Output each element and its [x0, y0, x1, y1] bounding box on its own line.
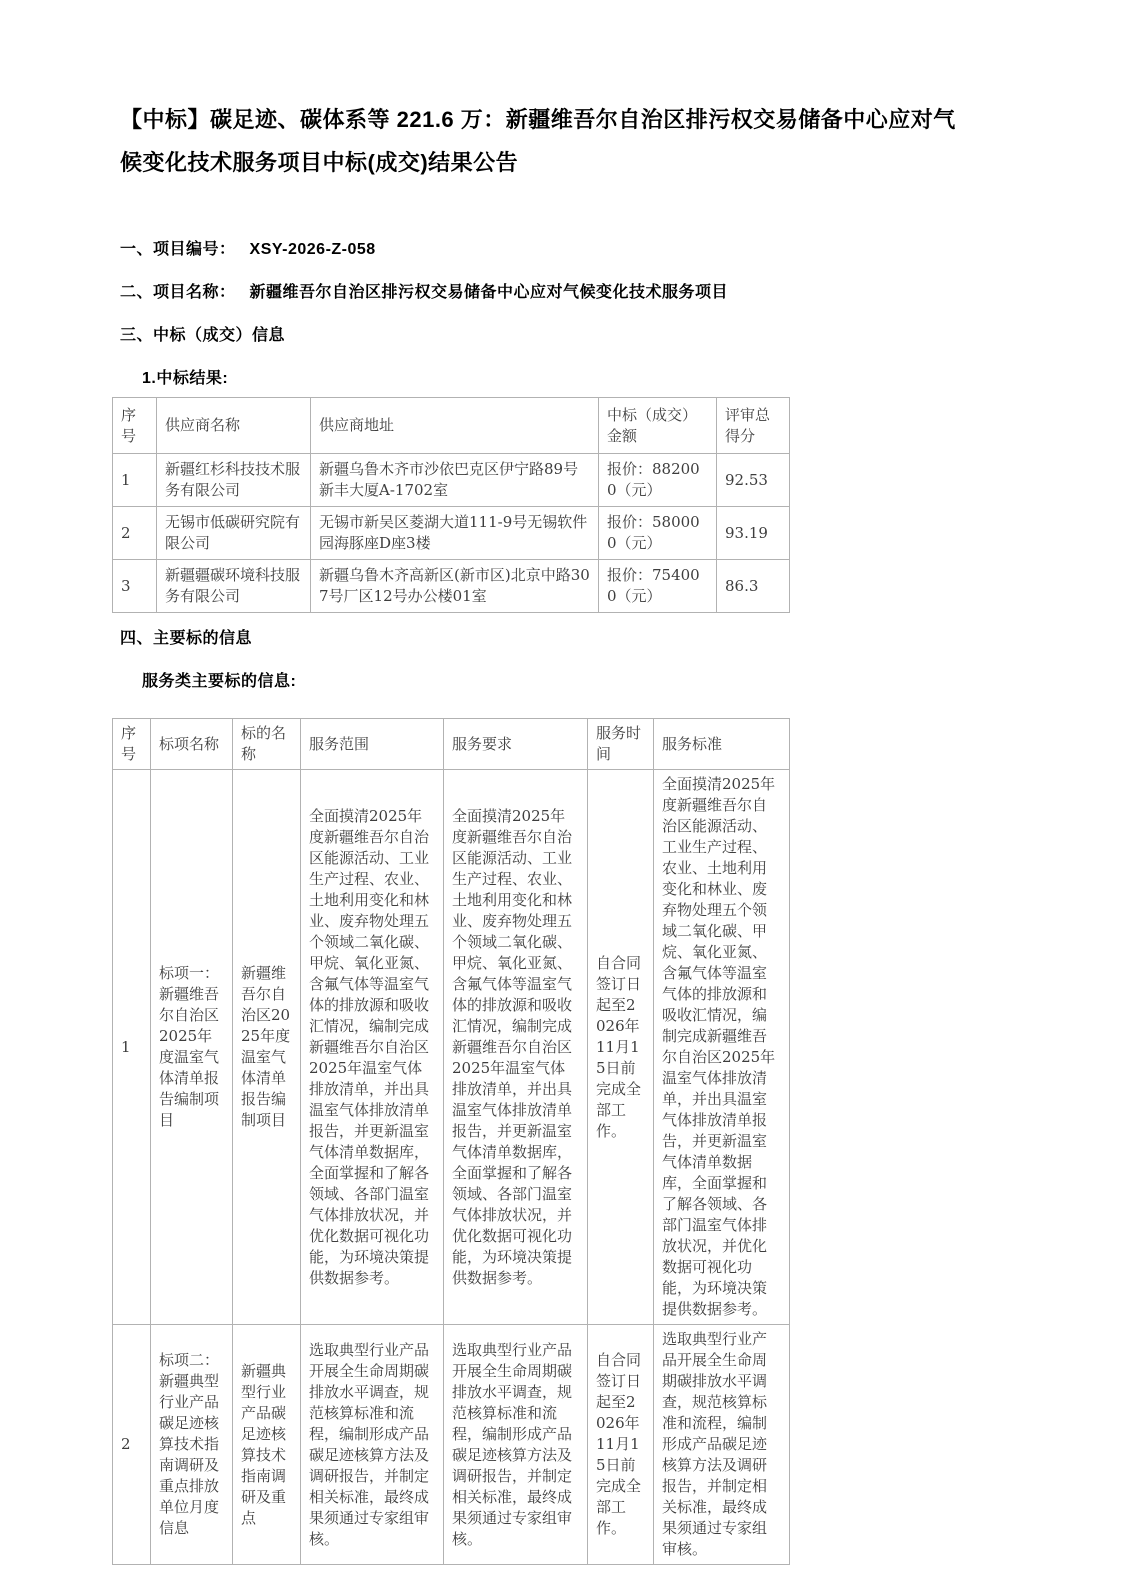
cell-review-score: 92.53 — [717, 454, 790, 507]
cell-lot-name: 标项一：新疆维吾尔自治区2025年度温室气体清单报告编制项目 — [151, 770, 233, 1325]
cell-review-score: 93.19 — [717, 507, 790, 560]
service-table-body: 序号 标项名称 标的名称 服务范围 服务要求 服务时间 服务标准 1 标项一：新… — [113, 719, 790, 1565]
cell-seq: 1 — [113, 770, 151, 1325]
column-header-award-amount: 中标（成交）金额 — [599, 398, 717, 454]
award-table-row: 2 无锡市低碳研究院有限公司 无锡市新吴区菱湖大道111-9号无锡软件园海豚座D… — [113, 507, 790, 560]
document-page: 【中标】碳足迹、碳体系等 221.6 万：新疆维吾尔自治区排污权交易储备中心应对… — [0, 0, 1122, 1587]
cell-supplier-name: 无锡市低碳研究院有限公司 — [157, 507, 311, 560]
cell-award-amount: 报价：754000（元） — [599, 560, 717, 613]
cell-seq: 3 — [113, 560, 157, 613]
award-table-row: 3 新疆疆碳环境科技服务有限公司 新疆乌鲁木齐高新区(新市区)北京中路307号厂… — [113, 560, 790, 613]
service-table-header-row: 序号 标项名称 标的名称 服务范围 服务要求 服务时间 服务标准 — [113, 719, 790, 770]
cell-service-requirement: 选取典型行业产品开展全生命周期碳排放水平调查，规范核算标准和流程，编制形成产品碳… — [444, 1325, 588, 1565]
cell-award-amount: 报价：580000（元） — [599, 507, 717, 560]
cell-service-scope: 全面摸清2025年度新疆维吾尔自治区能源活动、工业生产过程、农业、土地利用变化和… — [301, 770, 444, 1325]
project-number-label: 一、项目编号： — [120, 241, 236, 258]
project-name-value: 新疆维吾尔自治区排污权交易储备中心应对气候变化技术服务项目 — [250, 284, 729, 301]
column-header-service-standard: 服务标准 — [654, 719, 790, 770]
cell-review-score: 86.3 — [717, 560, 790, 613]
award-table-row: 1 新疆红杉科技技术服务有限公司 新疆乌鲁木齐市沙依巴克区伊宁路89号新丰大厦A… — [113, 454, 790, 507]
cell-service-standard: 全面摸清2025年度新疆维吾尔自治区能源活动、工业生产过程、农业、土地利用变化和… — [654, 770, 790, 1325]
column-header-seq: 序号 — [113, 719, 151, 770]
column-header-subject-name: 标的名称 — [233, 719, 301, 770]
award-table-header-row: 序号 供应商名称 供应商地址 中标（成交）金额 评审总得分 — [113, 398, 790, 454]
project-number-value: XSY-2026-Z-058 — [250, 241, 376, 258]
column-header-review-score: 评审总得分 — [717, 398, 790, 454]
cell-seq: 2 — [113, 1325, 151, 1565]
column-header-seq: 序号 — [113, 398, 157, 454]
cell-lot-name: 标项二：新疆典型行业产品碳足迹核算技术指南调研及重点排放单位月度信息 — [151, 1325, 233, 1565]
project-name-label: 二、项目名称： — [120, 284, 236, 301]
column-header-lot-name: 标项名称 — [151, 719, 233, 770]
column-header-service-requirement: 服务要求 — [444, 719, 588, 770]
column-header-service-scope: 服务范围 — [301, 719, 444, 770]
service-subject-table: 序号 标项名称 标的名称 服务范围 服务要求 服务时间 服务标准 1 标项一：新… — [112, 718, 790, 1565]
cell-supplier-name: 新疆红杉科技技术服务有限公司 — [157, 454, 311, 507]
column-header-supplier-name: 供应商名称 — [157, 398, 311, 454]
section-project-number: 一、项目编号：XSY-2026-Z-058 — [120, 240, 1012, 260]
column-header-supplier-address: 供应商地址 — [311, 398, 599, 454]
page-title: 【中标】碳足迹、碳体系等 221.6 万：新疆维吾尔自治区排污权交易储备中心应对… — [120, 98, 960, 184]
award-table-body: 序号 供应商名称 供应商地址 中标（成交）金额 评审总得分 1 新疆红杉科技技术… — [113, 398, 790, 613]
cell-service-time: 自合同签订日起至2026年11月15日前完成全部工作。 — [588, 1325, 654, 1565]
cell-supplier-address: 新疆乌鲁木齐高新区(新市区)北京中路307号厂区12号办公楼01室 — [311, 560, 599, 613]
cell-service-standard: 选取典型行业产品开展全生命周期碳排放水平调查，规范核算标准和流程，编制形成产品碳… — [654, 1325, 790, 1565]
award-result-subheading: 1.中标结果: — [142, 369, 1012, 389]
cell-supplier-address: 新疆乌鲁木齐市沙依巴克区伊宁路89号新丰大厦A-1702室 — [311, 454, 599, 507]
cell-service-scope: 选取典型行业产品开展全生命周期碳排放水平调查，规范核算标准和流程，编制形成产品碳… — [301, 1325, 444, 1565]
cell-seq: 1 — [113, 454, 157, 507]
cell-subject-name: 新疆典型行业产品碳足迹核算技术指南调研及重点 — [233, 1325, 301, 1565]
cell-supplier-name: 新疆疆碳环境科技服务有限公司 — [157, 560, 311, 613]
column-header-service-time: 服务时间 — [588, 719, 654, 770]
service-table-row: 2 标项二：新疆典型行业产品碳足迹核算技术指南调研及重点排放单位月度信息 新疆典… — [113, 1325, 790, 1565]
section-award-info-heading: 三、中标（成交）信息 — [120, 326, 1012, 346]
service-subject-subheading: 服务类主要标的信息: — [142, 672, 1012, 692]
cell-subject-name: 新疆维吾尔自治区2025年度温室气体清单报告编制项目 — [233, 770, 301, 1325]
cell-award-amount: 报价：882000（元） — [599, 454, 717, 507]
section-project-name: 二、项目名称：新疆维吾尔自治区排污权交易储备中心应对气候变化技术服务项目 — [120, 283, 1012, 303]
section-main-subject-heading: 四、主要标的信息 — [120, 629, 1012, 649]
cell-service-time: 自合同签订日起至2026年11月15日前完成全部工作。 — [588, 770, 654, 1325]
award-result-table: 序号 供应商名称 供应商地址 中标（成交）金额 评审总得分 1 新疆红杉科技技术… — [112, 397, 790, 613]
cell-service-requirement: 全面摸清2025年度新疆维吾尔自治区能源活动、工业生产过程、农业、土地利用变化和… — [444, 770, 588, 1325]
cell-seq: 2 — [113, 507, 157, 560]
service-table-row: 1 标项一：新疆维吾尔自治区2025年度温室气体清单报告编制项目 新疆维吾尔自治… — [113, 770, 790, 1325]
cell-supplier-address: 无锡市新吴区菱湖大道111-9号无锡软件园海豚座D座3楼 — [311, 507, 599, 560]
